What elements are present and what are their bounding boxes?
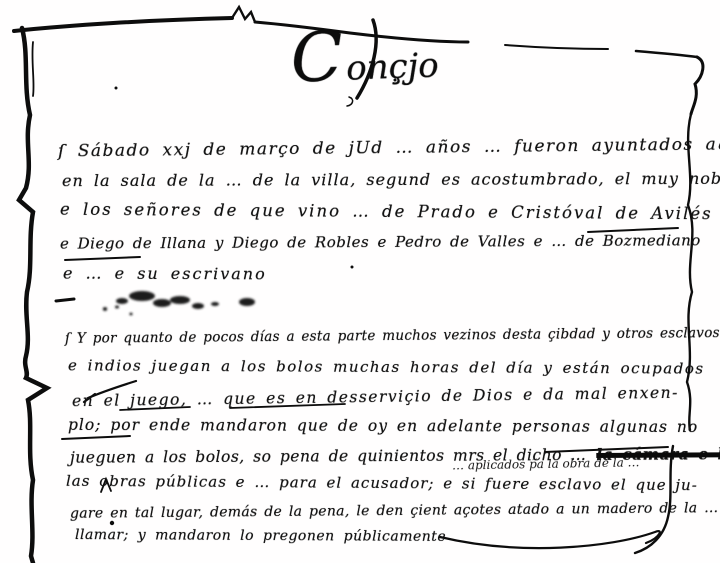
manuscript-line: en la sala de la … de la villa, segund e…: [62, 169, 720, 190]
margin-dash: [56, 299, 74, 301]
left-border: [19, 28, 47, 563]
manuscript-line: e Diego de Illana y Diego de Robles e Pe…: [60, 231, 701, 252]
top-border-notch: [232, 7, 255, 22]
top-border-right1: [505, 45, 608, 49]
overbar-jueguen: [62, 436, 130, 439]
top-border: [14, 18, 232, 31]
manuscript-line: en el juego, … que es en desserviçio de …: [72, 384, 679, 410]
manuscript-line: e indios juegan a los bolos muchas horas…: [68, 356, 705, 377]
top-border-right2: [636, 51, 697, 57]
manuscript-line: las obras públicas e … para el acusador;…: [66, 472, 698, 494]
ink-dot-2: [115, 87, 118, 90]
manuscript-line: e … e su escrivano: [63, 264, 267, 284]
manuscript-heading: Conçjo: [290, 19, 440, 105]
top-right-corner-hook: [691, 57, 703, 114]
left-border-inner-stroke: [32, 42, 33, 96]
overbar-p1l5: [65, 257, 140, 260]
right-border-upper: [687, 114, 692, 430]
manuscript-line: llamar; y mandaron lo pregonen públicame…: [75, 527, 446, 545]
final-swash: [440, 531, 660, 548]
interlinear-insertion: … aplicados p̃a la obra de la …: [452, 455, 640, 472]
smudged-marginal-note: [103, 291, 255, 315]
manuscript-line: ſ Y por quanto de pocos días a esta part…: [65, 325, 720, 347]
manuscript-line: e los señores de que vino … de Prado e C…: [60, 200, 713, 224]
manuscript-line: plo; por ende mandaron que de oy en adel…: [68, 416, 698, 436]
ink-dot-4: [351, 266, 354, 269]
manuscript-page: Conçjo ſ Sábado xxj de março de jUd … añ…: [0, 0, 720, 563]
manuscript-line: gare en tal lugar, demás de la pena, le …: [70, 500, 719, 522]
manuscript-line: ſ Sábado xxj de março de jUd … años … fu…: [58, 134, 720, 161]
